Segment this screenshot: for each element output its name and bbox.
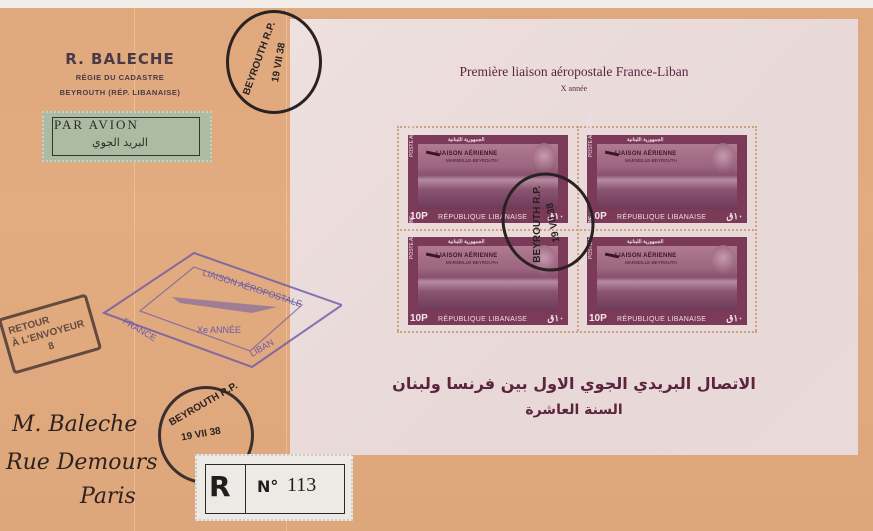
sender-city: BEYROUTH (RÉP. LIBANAISE) — [20, 88, 220, 97]
recipient-name: M. Baleche — [12, 412, 137, 437]
svg-text:Xe ANNÉE: Xe ANNÉE — [197, 325, 241, 335]
airmail-cachet: LIAISON AÉROPOSTALE Xe ANNÉE FRANCE LIBA… — [102, 245, 342, 375]
sheet-subtitle: X année — [290, 84, 858, 93]
recipient-city: Paris — [80, 484, 136, 509]
sheet-arabic-title: الاتصال البريدي الجوي الاول بين فرنسا ول… — [290, 374, 858, 393]
airmail-stamp: الجمهورية اللبنانيةLIAISON AÉRIENNEMARSE… — [587, 237, 747, 325]
postmark-top: BEYROUTH R.P. 19 VII 38 — [226, 10, 322, 114]
sender-organization: RÉGIE DU CADASTRE — [20, 73, 220, 82]
airmail-label-arabic: البريد الجوي — [92, 136, 148, 149]
registration-label: R N° 113 — [195, 454, 353, 521]
sheet-arabic-subtitle: السنة العاشرة — [290, 402, 858, 418]
airmail-label: PAR AVION البريد الجوي — [42, 111, 212, 162]
airmail-label-french: PAR AVION — [54, 117, 139, 133]
registration-letter: R — [209, 470, 231, 503]
portrait — [532, 143, 556, 175]
recipient-street: Rue Demours — [6, 450, 158, 475]
sheet-title: Première liaison aéropostale France-Liba… — [290, 64, 858, 80]
registration-number-label: N° — [257, 477, 278, 496]
return-to-sender-stamp: RETOUR À L'ENVOYEUR 8 — [0, 293, 102, 374]
envelope-cover: R. BALECHE RÉGIE DU CADASTRE BEYROUTH (R… — [0, 0, 873, 531]
sender-name: R. BALECHE — [20, 50, 220, 68]
portrait — [711, 245, 735, 277]
portrait — [711, 143, 735, 175]
return-address: R. BALECHE RÉGIE DU CADASTRE BEYROUTH (R… — [20, 50, 220, 97]
registration-number: 113 — [287, 474, 316, 497]
airmail-stamp: الجمهورية اللبنانيةLIAISON AÉRIENNEMARSE… — [587, 135, 747, 223]
